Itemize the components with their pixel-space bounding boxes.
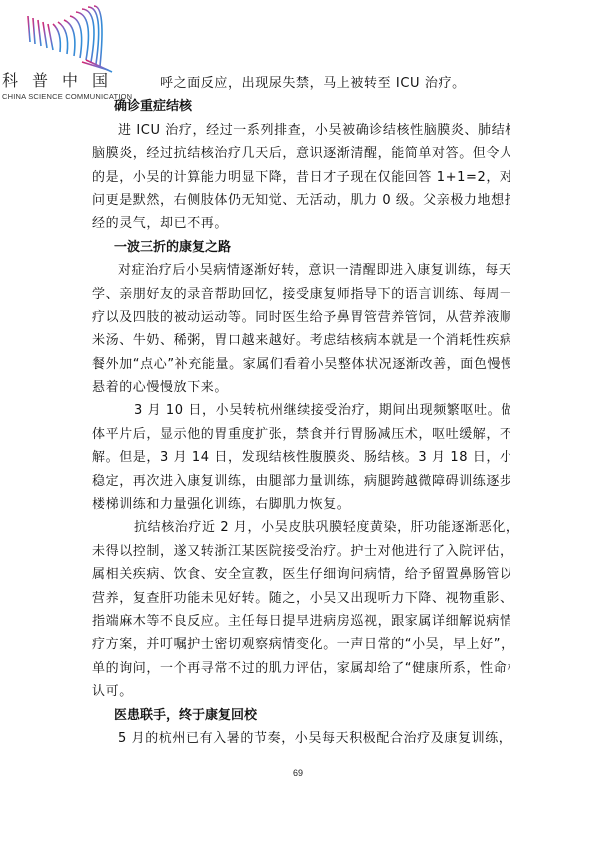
text-line: 学、亲朋好友的录音帮助回忆，接受康复师指导下的语言训练、每周一次电针灸: [92, 283, 510, 306]
continued-text-line: 呼之面反应，出现尿失禁，马上被转至 ICU 治疗。: [92, 72, 510, 95]
text-line: 单的询问，一个再寻常不过的肌力评估，家属却给了“健康所系，性命相托”的: [92, 657, 510, 680]
paragraph: 3 月 10 日，小吴转杭州继续接受治疗，期间出现频繁呕吐。做了腹部立 体平片后…: [92, 399, 510, 516]
text-line: 稳定，再次进入康复训练，由腿部力量训练，病腿跨越微障碍训练逐步过渡至走: [92, 470, 510, 493]
text-line: 进 ICU 治疗，经过一系列排查，小吴被确诊结核性脑膜炎、肺结核、结核性: [92, 119, 510, 142]
text-line: 营养，复查肝功能未见好转。随之，小吴又出现听力下降、视物重影、骨髓抑制、: [92, 587, 510, 610]
text-line: 餐外加“点心”补充能量。家属们看着小吴整体状况逐渐改善，面色慢慢红润，: [92, 353, 510, 376]
text-line: 脑膜炎，经过抗结核治疗几天后，意识逐渐清醒，能简单对答。但令人十分难过: [92, 142, 510, 165]
text-line: 疗以及四肢的被动运动等。同时医生给予鼻胃管营养管饲，从营养液顺利过渡到: [92, 306, 510, 329]
paragraph: 5 月的杭州已有入暑的节奏，小吴每天积极配合治疗及康复训练，坚持精细: [92, 727, 510, 750]
text-line: 的是，小吴的计算能力明显下降，昔日才子现在仅能回答 1+1=2，对回忆性提: [92, 166, 510, 189]
text-line: 抗结核治疗近 2 月，小吴皮肤巩膜轻度黄染，肝功能逐渐恶化，肠结核: [92, 516, 510, 539]
section-heading: 确诊重症结核: [92, 95, 510, 118]
text-line: 疗方案，并叮嘱护士密切观察病情变化。一声日常的“小吴，早上好”，一句简: [92, 633, 510, 656]
text-line: 认可。: [92, 680, 510, 703]
text-line: 未得以控制，遂又转浙江某医院接受治疗。护士对他进行了入院评估，并给予家: [92, 540, 510, 563]
section-heading: 一波三折的康复之路: [92, 236, 510, 259]
paragraph: 对症治疗后小吴病情逐渐好转，意识一清醒即进入康复训练，每天听来自同 学、亲朋好友…: [92, 259, 510, 399]
page-number: 69: [0, 768, 596, 778]
text-line: 5 月的杭州已有入暑的节奏，小吴每天积极配合治疗及康复训练，坚持精细: [92, 727, 510, 750]
text-line: 对症治疗后小吴病情逐渐好转，意识一清醒即进入康复训练，每天听来自同: [92, 259, 510, 282]
text-line: 楼梯训练和力量强化训练，右脚肌力恢复。: [92, 493, 510, 516]
text-line: 体平片后，显示他的胃重度扩张，禁食并行胃肠减压术，呕吐缓解，不适症状缓: [92, 423, 510, 446]
paragraph: 抗结核治疗近 2 月，小吴皮肤巩膜轻度黄染，肝功能逐渐恶化，肠结核 未得以控制，…: [92, 516, 510, 703]
document-body: 呼之面反应，出现尿失禁，马上被转至 ICU 治疗。 确诊重症结核 进 ICU 治…: [92, 72, 510, 750]
text-line: 3 月 10 日，小吴转杭州继续接受治疗，期间出现频繁呕吐。做了腹部立: [92, 399, 510, 422]
text-line: 悬着的心慢慢放下来。: [92, 376, 510, 399]
text-line: 问更是默然，右侧肢体仍无知觉、无活动，肌力 0 级。父亲极力地想找出小吴曾: [92, 189, 510, 212]
text-line: 经的灵气，却已不再。: [92, 212, 510, 235]
paragraph: 进 ICU 治疗，经过一系列排查，小吴被确诊结核性脑膜炎、肺结核、结核性 脑膜炎…: [92, 119, 510, 236]
text-line: 米汤、牛奶、稀粥，胃口越来越好。考虑结核病本就是一个消耗性疾病，更是三: [92, 329, 510, 352]
logo-wave-icon: [22, 2, 132, 74]
text-line: 指端麻木等不良反应。主任每日提早进病房巡视，跟家属详细解说病情及当前治: [92, 610, 510, 633]
text-line: 属相关疾病、饮食、安全宣教，医生仔细询问病情，给予留置鼻肠管以保证长期: [92, 563, 510, 586]
section-heading: 医患联手，终于康复回校: [92, 704, 510, 727]
text-line: 解。但是，3 月 14 日，发现结核性腹膜炎、肠结核。3 月 18 日，小吴整体…: [92, 446, 510, 469]
